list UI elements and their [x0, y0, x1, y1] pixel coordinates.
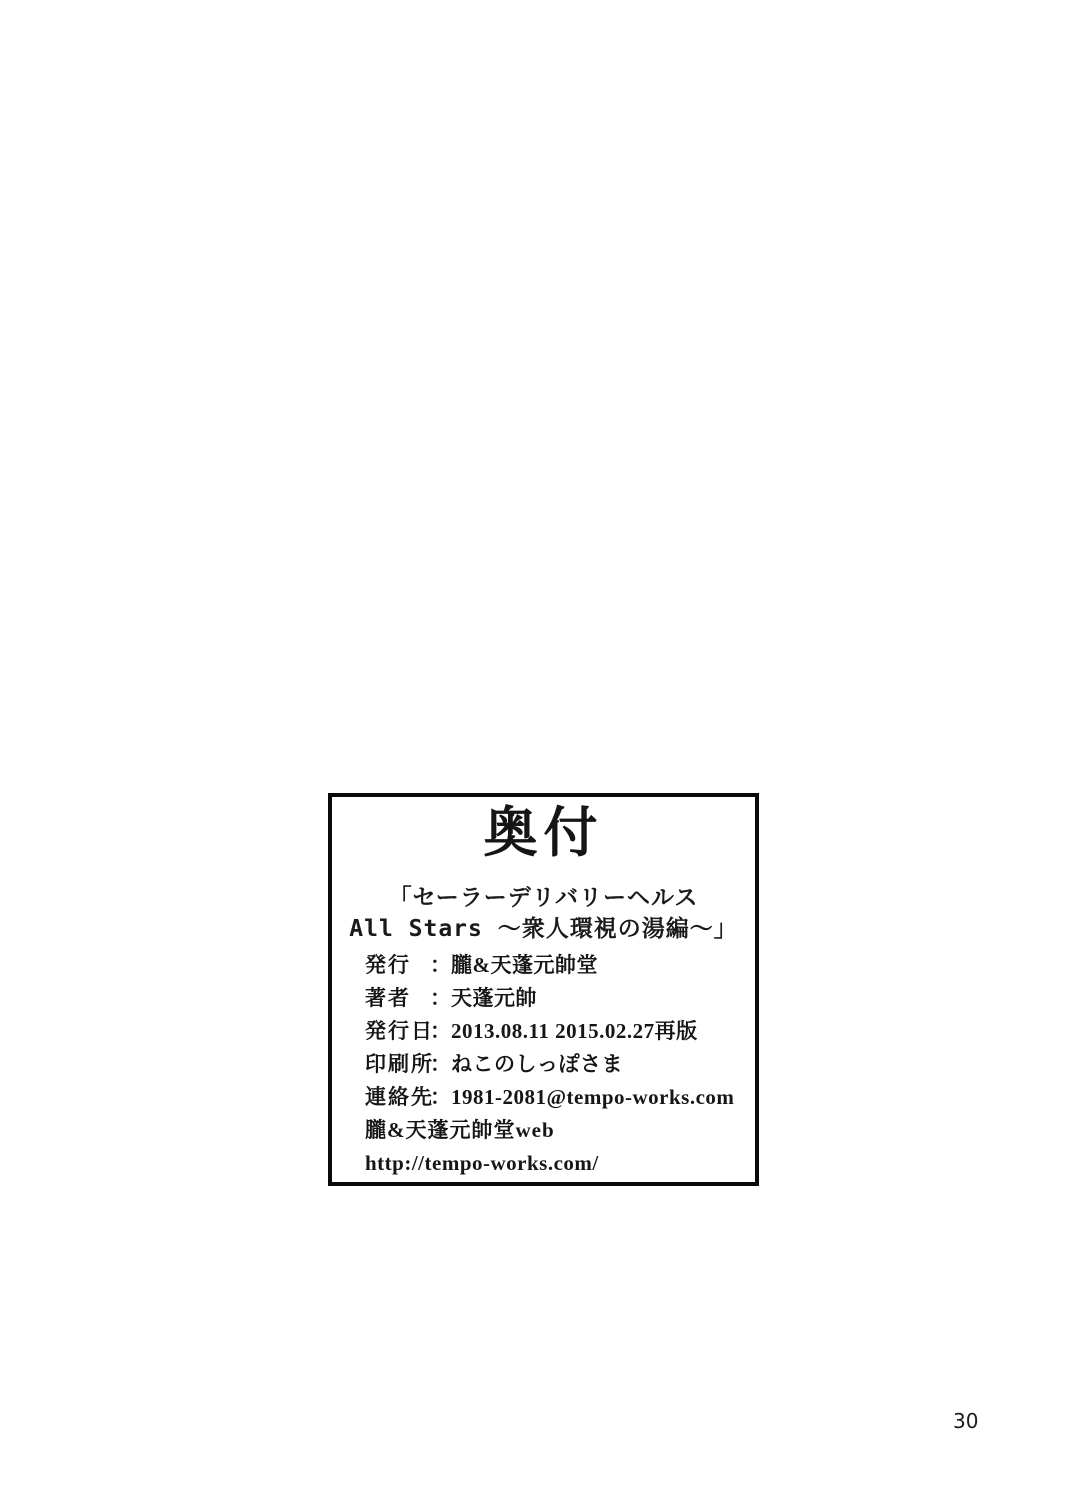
row-author-separator: ： [430, 982, 451, 1015]
colophon-box: 奥付 「セーラーデリバリーヘルス All Stars ～衆人環視の湯編～」 発行… [328, 793, 759, 1186]
row-publisher-label: 発行 [365, 949, 430, 982]
book-title-line2: All Stars ～衆人環視の湯編～」 [332, 914, 755, 945]
row-contact-separator: ： [430, 1081, 451, 1114]
row-publish-date: 発行日：2013.08.11 2015.02.27再版 [365, 1015, 745, 1048]
row-publisher-separator: ： [430, 949, 451, 982]
row-publisher: 発行：朧&天蓬元帥堂 [365, 949, 745, 982]
row-contact-label: 連絡先 [365, 1081, 430, 1114]
page-number: 30 [953, 1410, 978, 1432]
row-author-value: 天蓬元帥 [451, 986, 537, 1010]
circle-web-label: 朧&天蓬元帥堂web [365, 1114, 745, 1147]
row-printer: 印刷所：ねこのしっぽさま [365, 1048, 745, 1081]
scanned-page: 奥付 「セーラーデリバリーヘルス All Stars ～衆人環視の湯編～」 発行… [0, 0, 1072, 1500]
book-title: 「セーラーデリバリーヘルス All Stars ～衆人環視の湯編～」 [332, 883, 755, 945]
colophon-details: 発行：朧&天蓬元帥堂 著者：天蓬元帥 発行日：2013.08.11 2015.0… [365, 949, 745, 1180]
row-publish-date-value: 2013.08.11 2015.02.27再版 [451, 1019, 698, 1043]
row-publish-date-separator: ： [430, 1015, 451, 1048]
row-author: 著者：天蓬元帥 [365, 982, 745, 1015]
colophon-title: 奥付 [332, 805, 755, 859]
row-publisher-value: 朧&天蓬元帥堂 [451, 953, 598, 977]
row-printer-label: 印刷所 [365, 1048, 430, 1081]
row-publish-date-label: 発行日 [365, 1015, 430, 1048]
row-author-label: 著者 [365, 982, 430, 1015]
circle-web-url: http://tempo-works.com/ [365, 1147, 745, 1180]
row-contact-value: 1981-2081@tempo-works.com [451, 1085, 734, 1109]
book-title-line1: 「セーラーデリバリーヘルス [332, 883, 755, 914]
row-printer-value: ねこのしっぽさま [451, 1052, 623, 1076]
row-contact: 連絡先：1981-2081@tempo-works.com [365, 1081, 745, 1114]
row-printer-separator: ： [430, 1048, 451, 1081]
